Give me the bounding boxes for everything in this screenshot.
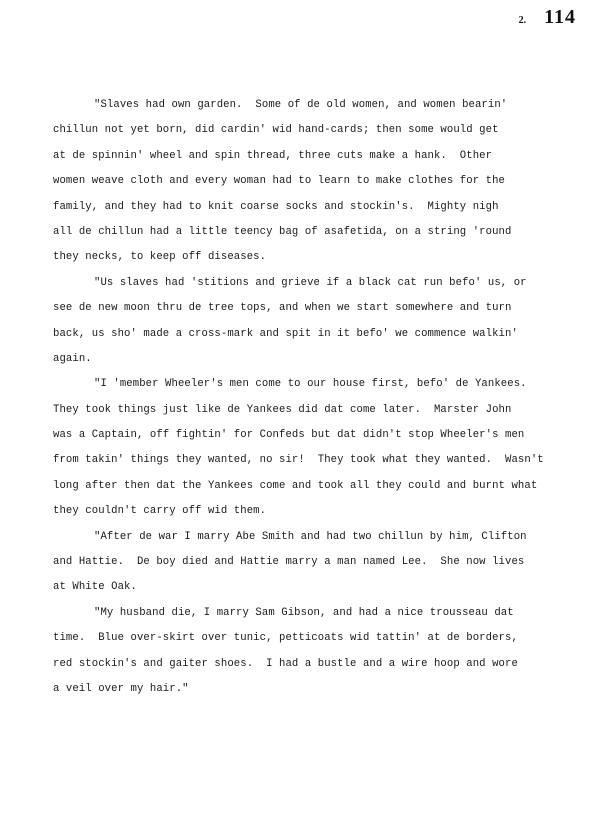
text-line: they couldn't carry off wid them. <box>53 499 583 524</box>
page-number: 114 <box>544 6 576 29</box>
paragraph-first-line: "Slaves had own garden. Some of de old w… <box>53 93 583 118</box>
text-line: was a Captain, off fightin' for Confeds … <box>53 423 583 448</box>
text-line: again. <box>53 347 583 372</box>
sub-page-number: 2. <box>519 15 527 26</box>
text-line: back, us sho' made a cross-mark and spit… <box>53 322 583 347</box>
text-line: a veil over my hair." <box>53 677 583 702</box>
text-line: women weave cloth and every woman had to… <box>53 169 583 194</box>
text-line: red stockin's and gaiter shoes. I had a … <box>53 652 583 677</box>
text-line: see de new moon thru de tree tops, and w… <box>53 296 583 321</box>
text-line: They took things just like de Yankees di… <box>53 398 583 423</box>
paragraph-first-line: "After de war I marry Abe Smith and had … <box>53 525 583 550</box>
transcript-body: "Slaves had own garden. Some of de old w… <box>53 93 583 702</box>
text-line: long after then dat the Yankees come and… <box>53 474 583 499</box>
paragraph-first-line: "I 'member Wheeler's men come to our hou… <box>53 372 583 397</box>
text-line: from takin' things they wanted, no sir! … <box>53 448 583 473</box>
page-header: 2. 114 <box>519 6 576 29</box>
paragraph-first-line: "Us slaves had 'stitions and grieve if a… <box>53 271 583 296</box>
paragraph-first-line: "My husband die, I marry Sam Gibson, and… <box>53 601 583 626</box>
text-line: time. Blue over-skirt over tunic, pettic… <box>53 626 583 651</box>
text-line: family, and they had to knit coarse sock… <box>53 195 583 220</box>
text-line: at White Oak. <box>53 575 583 600</box>
text-line: chillun not yet born, did cardin' wid ha… <box>53 118 583 143</box>
text-line: and Hattie. De boy died and Hattie marry… <box>53 550 583 575</box>
text-line: they necks, to keep off diseases. <box>53 245 583 270</box>
text-line: all de chillun had a little teency bag o… <box>53 220 583 245</box>
text-line: at de spinnin' wheel and spin thread, th… <box>53 144 583 169</box>
